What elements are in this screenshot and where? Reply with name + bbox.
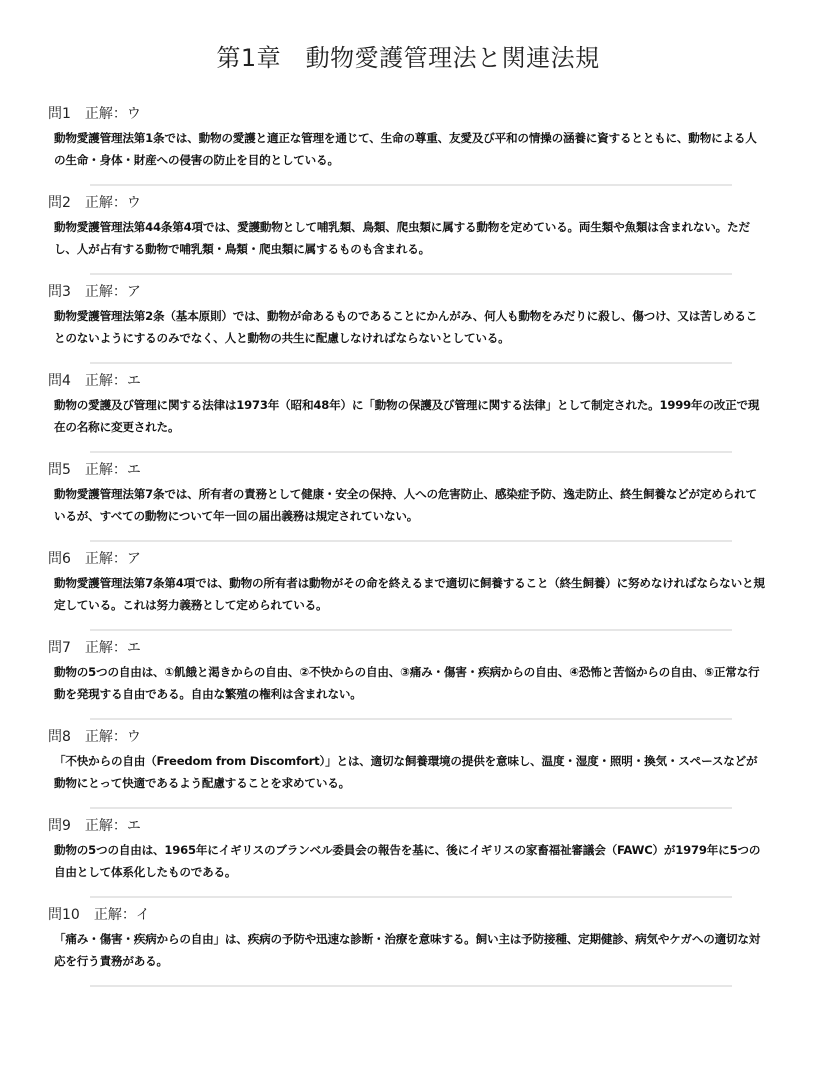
divider	[90, 718, 732, 720]
answer-item-5: 問5 正解：エ 動物愛護管理法第7条では、所有者の責務として健康・安全の保持、人…	[48, 459, 768, 548]
answer-item-10: 問10 正解：イ 「痛み・傷害・疾病からの自由」は、疾病の予防や迅速な診断・治療…	[48, 904, 768, 993]
question-heading: 問2 正解：ウ	[48, 192, 768, 214]
question-heading: 問3 正解：ア	[48, 281, 768, 303]
question-heading: 問7 正解：エ	[48, 637, 768, 659]
explanation-text: 「痛み・傷害・疾病からの自由」は、疾病の予防や迅速な診断・治療を意味する。飼い主…	[48, 928, 768, 972]
explanation-text: 「不快からの自由（Freedom from Discomfort）」とは、適切な…	[48, 750, 768, 794]
divider	[90, 896, 732, 898]
answer-item-7: 問7 正解：エ 動物の5つの自由は、①飢餓と渇きからの自由、②不快からの自由、③…	[48, 637, 768, 726]
question-number: 問9	[48, 818, 71, 834]
answer-list: 問1 正解：ウ 動物愛護管理法第1条では、動物の愛護と適正な管理を通じて、生命の…	[48, 103, 768, 993]
answer-item-3: 問3 正解：ア 動物愛護管理法第2条（基本原則）では、動物が命あるものであること…	[48, 281, 768, 370]
answer-label: 正解：エ	[85, 462, 141, 478]
answer-item-1: 問1 正解：ウ 動物愛護管理法第1条では、動物の愛護と適正な管理を通じて、生命の…	[48, 103, 768, 192]
answer-label: 正解：エ	[85, 818, 141, 834]
question-heading: 問6 正解：ア	[48, 548, 768, 570]
answer-label: 正解：エ	[85, 640, 141, 656]
answer-item-6: 問6 正解：ア 動物愛護管理法第7条第4項では、動物の所有者は動物がその命を終え…	[48, 548, 768, 637]
question-heading: 問5 正解：エ	[48, 459, 768, 481]
answer-item-2: 問2 正解：ウ 動物愛護管理法第44条第4項では、愛護動物として哺乳類、鳥類、爬…	[48, 192, 768, 281]
question-number: 問10	[48, 907, 80, 923]
divider	[90, 273, 732, 275]
explanation-text: 動物愛護管理法第2条（基本原則）では、動物が命あるものであることにかんがみ、何人…	[48, 305, 768, 349]
explanation-text: 動物の5つの自由は、①飢餓と渇きからの自由、②不快からの自由、③痛み・傷害・疾病…	[48, 661, 768, 705]
divider	[90, 451, 732, 453]
answer-label: 正解：ウ	[85, 106, 141, 122]
answer-item-8: 問8 正解：ウ 「不快からの自由（Freedom from Discomfort…	[48, 726, 768, 815]
divider	[90, 184, 732, 186]
divider	[90, 985, 732, 987]
question-heading: 問8 正解：ウ	[48, 726, 768, 748]
question-heading: 問1 正解：ウ	[48, 103, 768, 125]
question-number: 問1	[48, 106, 71, 122]
question-heading: 問9 正解：エ	[48, 815, 768, 837]
divider	[90, 629, 732, 631]
answer-item-4: 問4 正解：エ 動物の愛護及び管理に関する法律は1973年（昭和48年）に「動物…	[48, 370, 768, 459]
explanation-text: 動物愛護管理法第7条では、所有者の責務として健康・安全の保持、人への危害防止、感…	[48, 483, 768, 527]
question-heading: 問10 正解：イ	[48, 904, 768, 926]
question-number: 問8	[48, 729, 71, 745]
question-number: 問4	[48, 373, 71, 389]
explanation-text: 動物愛護管理法第1条では、動物の愛護と適正な管理を通じて、生命の尊重、友愛及び平…	[48, 127, 768, 171]
question-number: 問6	[48, 551, 71, 567]
divider	[90, 540, 732, 542]
explanation-text: 動物愛護管理法第7条第4項では、動物の所有者は動物がその命を終えるまで適切に飼養…	[48, 572, 768, 616]
explanation-text: 動物の愛護及び管理に関する法律は1973年（昭和48年）に「動物の保護及び管理に…	[48, 394, 768, 438]
answer-label: 正解：ウ	[85, 195, 141, 211]
answer-label: 正解：ウ	[85, 729, 141, 745]
question-number: 問7	[48, 640, 71, 656]
answer-label: 正解：ア	[85, 284, 141, 300]
question-number: 問5	[48, 462, 71, 478]
question-heading: 問4 正解：エ	[48, 370, 768, 392]
question-number: 問2	[48, 195, 71, 211]
divider	[90, 807, 732, 809]
explanation-text: 動物愛護管理法第44条第4項では、愛護動物として哺乳類、鳥類、爬虫類に属する動物…	[48, 216, 768, 260]
question-number: 問3	[48, 284, 71, 300]
page-title: 第1章 動物愛護管理法と関連法規	[0, 38, 816, 73]
answer-label: 正解：イ	[94, 907, 150, 923]
answer-item-9: 問9 正解：エ 動物の5つの自由は、1965年にイギリスのブランベル委員会の報告…	[48, 815, 768, 904]
answer-label: 正解：エ	[85, 373, 141, 389]
explanation-text: 動物の5つの自由は、1965年にイギリスのブランベル委員会の報告を基に、後にイギ…	[48, 839, 768, 883]
answer-label: 正解：ア	[85, 551, 141, 567]
divider	[90, 362, 732, 364]
